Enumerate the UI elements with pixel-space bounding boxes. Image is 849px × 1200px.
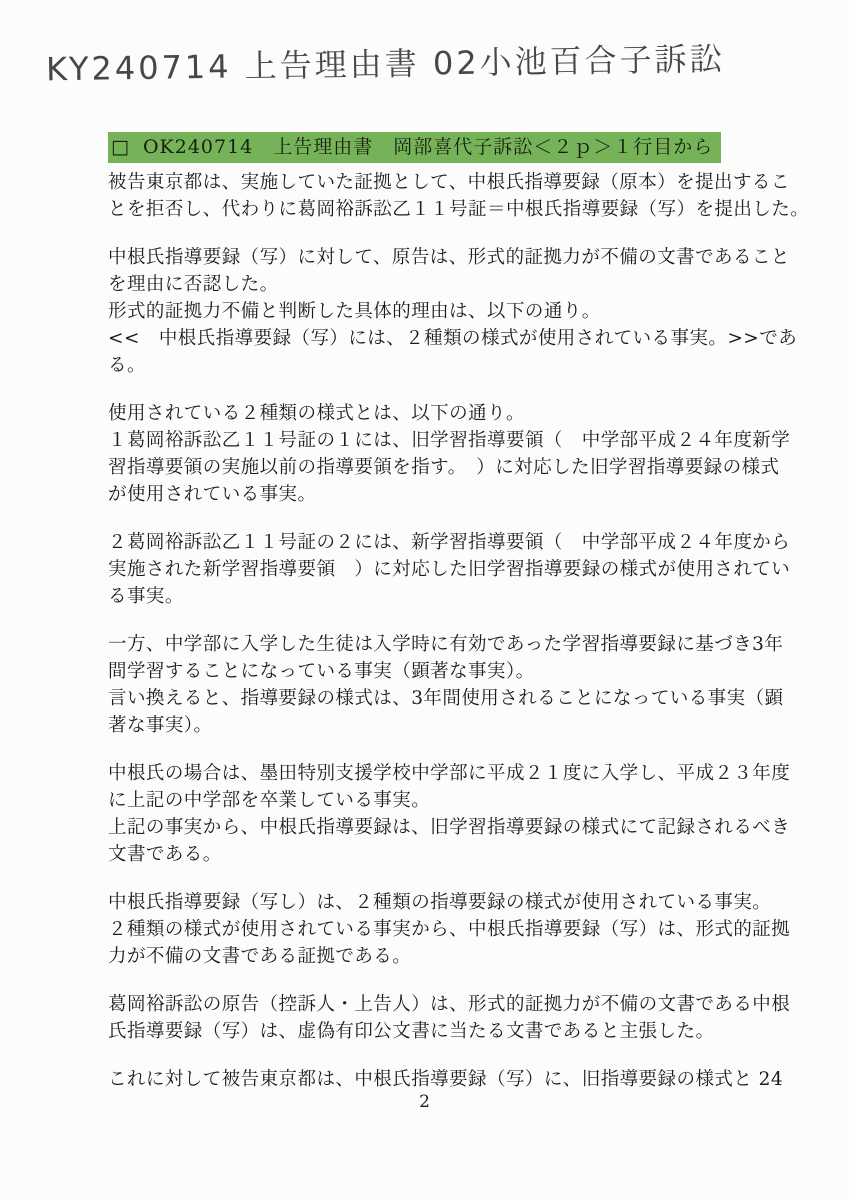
checkbox-icon: □ [111,133,130,162]
body-paragraph: 中根氏の場合は、墨田特別支援学校中学部に平成２１度に入学し、平成２３年度 に上記… [108,760,814,868]
body-paragraph: 被告東京都は、実施していた証拠として、中根氏指導要録（原本）を提出するこ とを拒… [108,169,814,223]
body-paragraph: 一方、中学部に入学した生徒は入学時に有効であった学習指導要録に基づき3年 間学習… [108,631,814,739]
body-paragraph: ２葛岡裕訴訟乙１１号証の２には、新学習指導要領（ 中学部平成２４年度から 実施さ… [108,529,814,610]
scanned-document-page: KY240714 上告理由書 02小池百合子訴訟 □OK240714 上告理由書… [0,0,849,1200]
heading-label: OK240714 上告理由書 岡部喜代子訴訟＜２ｐ＞１行目から [143,136,713,158]
highlighted-heading: □OK240714 上告理由書 岡部喜代子訴訟＜２ｐ＞１行目から [108,132,721,163]
body-paragraph: 葛岡裕訴訟の原告（控訴人・上告人）は、形式的証拠力が不備の文書である中根 氏指導… [108,991,814,1045]
page-number: 2 [0,1092,849,1112]
document-content: □OK240714 上告理由書 岡部喜代子訴訟＜２ｐ＞１行目から 被告東京都は、… [108,132,814,1093]
body-paragraph: 中根氏指導要録（写）に対して、原告は、形式的証拠力が不備の文書であること を理由… [108,244,814,379]
body-paragraph: 使用されている２種類の様式とは、以下の通り。 １葛岡裕訴訟乙１１号証の１には、旧… [108,400,814,508]
body-paragraph: これに対して被告東京都は、中根氏指導要録（写）に、旧指導要録の様式と 24 [108,1066,814,1093]
document-body: 被告東京都は、実施していた証拠として、中根氏指導要録（原本）を提出するこ とを拒… [108,169,814,1093]
handwritten-note: KY240714 上告理由書 02小池百合子訴訟 [46,36,607,91]
body-paragraph: 中根氏指導要録（写し）は、２種類の指導要録の様式が使用されている事実。 ２種類の… [108,889,814,970]
